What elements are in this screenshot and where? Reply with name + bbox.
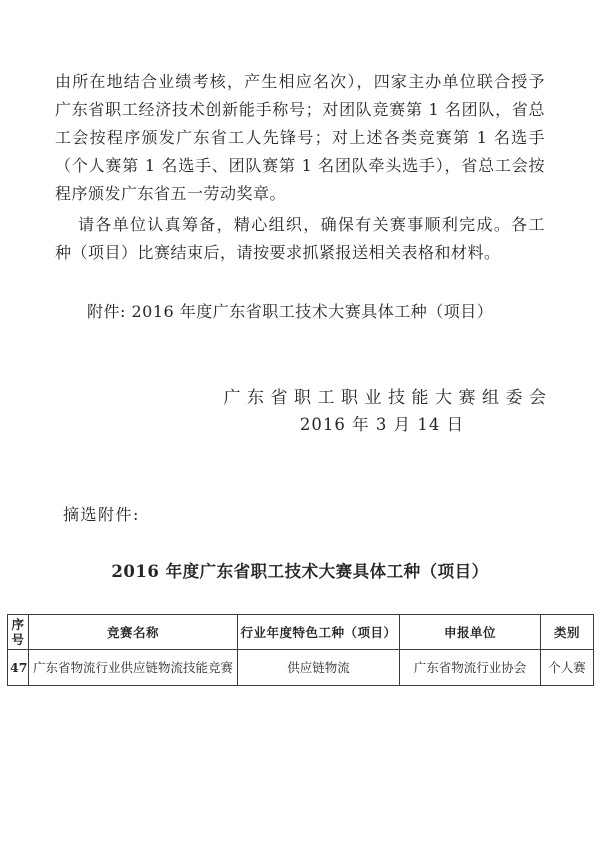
cell-seq: 47 (8, 650, 29, 686)
col-header-seq: 序号 (8, 615, 29, 650)
table-header-row: 序号 竞赛名称 行业年度特色工种（项目） 申报单位 类别 (8, 615, 594, 650)
attachment-reference-line: 附件: 2016 年度广东省职工技术大赛具体工种（项目） (55, 298, 555, 326)
signature-organization: 广东省职工职业技能大赛组委会 (224, 384, 553, 412)
col-header-featured-trade: 行业年度特色工种（项目） (238, 615, 400, 650)
table-row: 47 广东省物流行业供应链物流技能竞赛 供应链物流 广东省物流行业协会 个人赛 (8, 650, 594, 686)
cell-featured-trade: 供应链物流 (238, 650, 400, 686)
col-header-applicant-unit: 申报单位 (400, 615, 541, 650)
cell-competition-name: 广东省物流行业供应链物流技能竞赛 (29, 650, 238, 686)
col-header-competition-name: 竞赛名称 (29, 615, 238, 650)
col-header-category: 类别 (541, 615, 594, 650)
signature-date: 2016 年 3 月 14 日 (300, 411, 464, 439)
body-paragraph-closing: 请各单位认真筹备，精心组织，确保有关赛事顺利完成。各工种（项目）比赛结束后，请按… (55, 211, 545, 267)
document-page: { "document": { "body": { "paragraph1_li… (0, 0, 600, 856)
excerpt-label: 摘选附件: (63, 501, 140, 529)
cell-applicant-unit: 广东省物流行业协会 (400, 650, 541, 686)
body-paragraph-awards: 由所在地结合业绩考核，产生相应名次），四家主办单位联合授予广东省职工经济技术创新… (55, 68, 545, 208)
attachment-table: 序号 竞赛名称 行业年度特色工种（项目） 申报单位 类别 47 广东省物流行业供… (7, 614, 594, 686)
cell-category: 个人赛 (541, 650, 594, 686)
attachment-table-title: 2016 年度广东省职工技术大赛具体工种（项目） (0, 558, 600, 586)
